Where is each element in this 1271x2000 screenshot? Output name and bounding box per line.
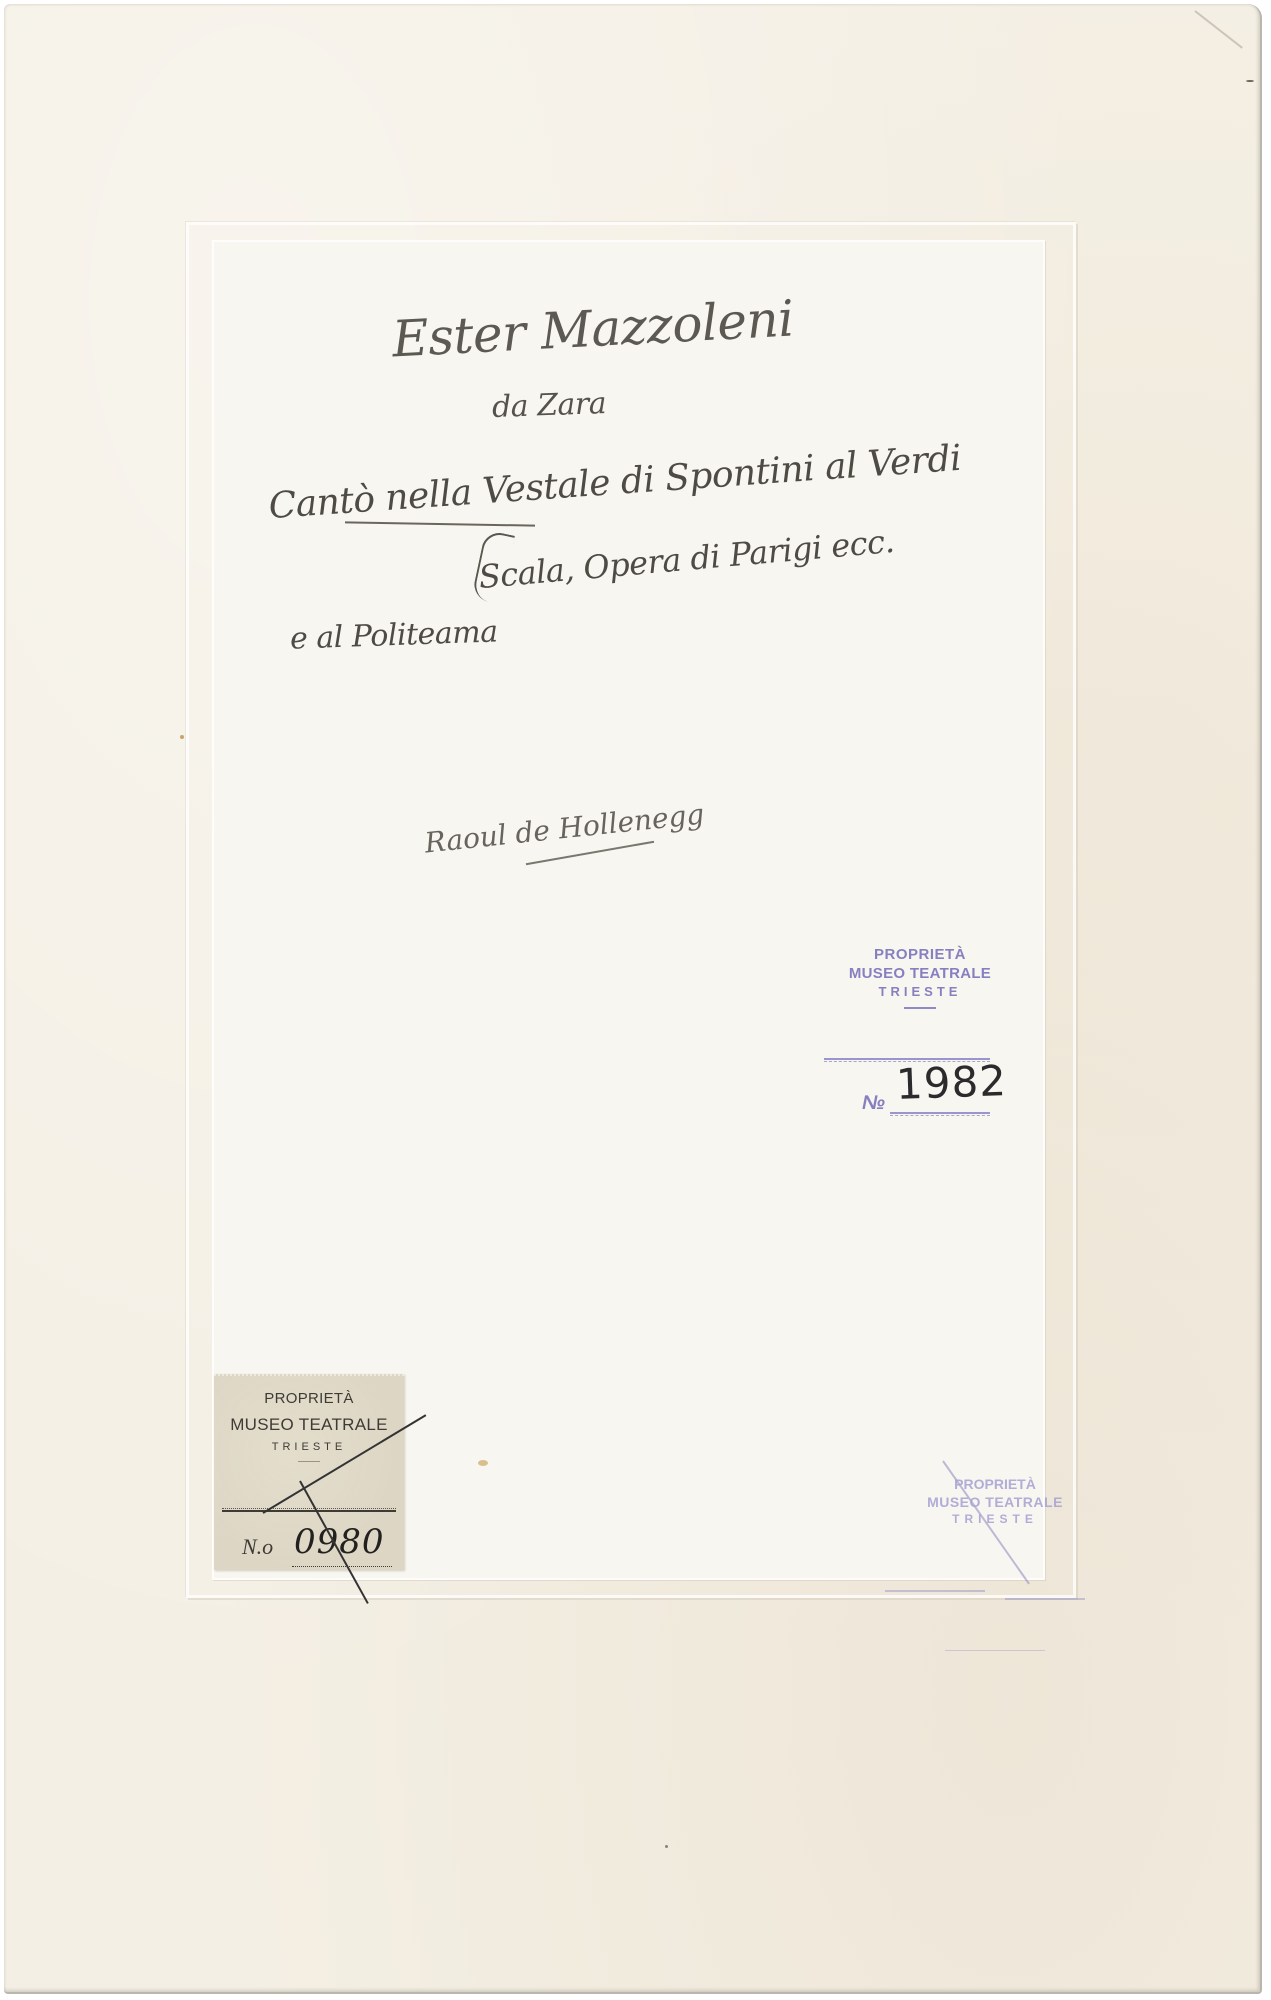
stamp-line-2: MUSEO TEATRALE [820,964,1020,983]
faded-stamp-line-3: TRIESTE [900,1511,1090,1527]
stamp-dash [904,1007,936,1009]
faded-stamp-rule [945,1650,1045,1651]
paper-speck [665,1845,668,1848]
handwritten-subtitle: da Zara [491,386,606,425]
museum-label-sticker: PROPRIETÀ MUSEO TEATRALE TRIESTE N.o 098… [214,1374,404,1570]
museum-stamp-faded: PROPRIETÀ MUSEO TEATRALE TRIESTE [900,1475,1090,1527]
label-line-2: MUSEO TEATRALE [214,1415,404,1435]
paper-speck [180,735,184,739]
label-number: 0980 [294,1522,385,1562]
label-line-1: PROPRIETÀ [214,1390,404,1407]
faded-stamp-line-2: MUSEO TEATRALE [900,1493,1090,1511]
handwritten-line-3: e al Politeama [289,614,498,656]
paper-stain [478,1460,488,1466]
faded-stamp-rule [885,1590,985,1592]
label-number-underline [292,1566,392,1568]
stamp-line-1: PROPRIETÀ [820,945,1020,964]
faded-stamp-line-1: PROPRIETÀ [900,1475,1090,1493]
paper-mark [1246,80,1254,82]
numero-sign-icon: № [862,1092,885,1115]
label-tick [298,1461,320,1462]
inventory-number: 1982 [895,1056,1008,1109]
label-number-prefix: N.o [242,1534,273,1560]
faded-stamp-rule [1005,1598,1085,1600]
stamp-number-line-bottom [890,1112,990,1116]
stamp-line-3: TRIESTE [820,983,1020,1001]
label-rule [222,1508,396,1512]
museum-stamp-violet: PROPRIETÀ MUSEO TEATRALE TRIESTE [820,945,1020,1009]
